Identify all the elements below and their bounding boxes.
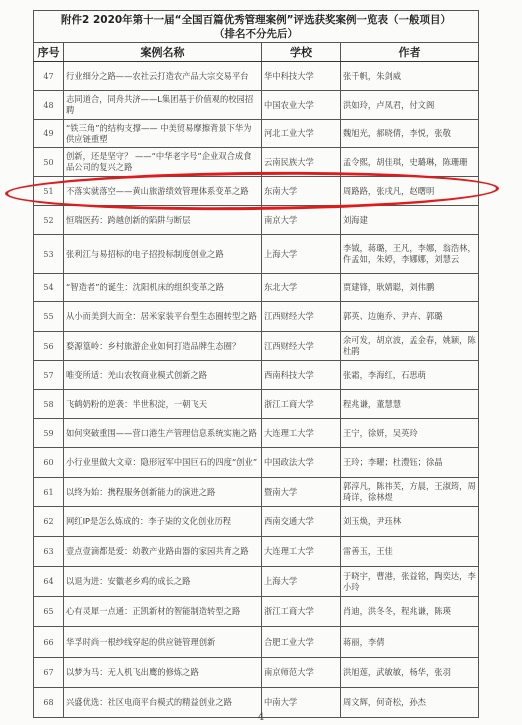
table-title-line1: 附件2 2020年第十一届“全国百篇优秀管理案例”评选获奖案例一览表（一般项目） (61, 14, 451, 26)
table-title: 附件2 2020年第十一届“全国百篇优秀管理案例”评选获奖案例一览表（一般项目）… (34, 11, 479, 43)
cell-school: 浙江工商大学 (262, 597, 341, 627)
cell-seq: 60 (34, 448, 64, 478)
cell-author: 洪旭莲，武敏敏，杨华，张羽 (341, 658, 479, 688)
cell-author: 李钺，蒋璐，王凡，李娜，翁浩林，仵孟如，朱婷，李娜娜，刘慧云 (341, 235, 479, 274)
cell-case-name: 以梦为马：无人机飞出鹰的修炼之路 (64, 658, 262, 688)
cell-case-name: 小行业里做大文章：隐形冠军中国巨石的四度“创业” (64, 448, 262, 478)
cell-seq: 56 (34, 332, 64, 361)
table-row: 51不落实就落空——黄山旅游绩效管理体系变革之路东南大学周路路，张戌凡，赵曙明 (34, 177, 479, 206)
table-row: 65心有灵犀一点通：正凯新材的智能制造转型之路浙江工商大学肖迪，洪冬冬，程兆谦，… (34, 597, 479, 627)
cell-school: 东北大学 (262, 274, 341, 302)
cell-author: 张霜，李海红，石思萌 (341, 361, 479, 390)
table-row: 49“铁三角”的结构支撑—— 中美贸易摩擦背景下华为供应链重塑河北工业大学魏旭光… (34, 120, 479, 148)
cell-seq: 62 (34, 507, 64, 537)
table-row: 58飞鹤奶粉的逆袭：半世积淀，一朝飞天浙江工商大学程兆谦，董慧慧 (34, 390, 479, 419)
cell-school: 江西财经大学 (262, 302, 341, 332)
cell-author: 贾建锋，耿婧聪，刘伟鹏 (341, 274, 479, 302)
cell-author: 刘玉焕，尹珏林 (341, 507, 479, 537)
cell-case-name: 志同道合，同舟共济——L集团基于价值观的校园招聘 (64, 91, 262, 120)
cell-seq: 51 (34, 177, 64, 206)
cell-seq: 64 (34, 567, 64, 597)
cell-case-name: 不落实就落空——黄山旅游绩效管理体系变革之路 (64, 177, 262, 206)
cell-author: 余可发，胡京波，孟金春，姚颖，陈杜鹃 (341, 332, 479, 361)
cell-author: 周路路，张戌凡，赵曙明 (341, 177, 479, 206)
cell-seq: 58 (34, 390, 64, 419)
cell-author: 孟令熙，胡佳琪，史璐琳，陈珊珊 (341, 148, 479, 177)
table-row: 50创新，还是坚守？ ——“中华老字号”企业双合成食品公司的复兴之路云南民族大学… (34, 148, 479, 177)
cell-school: 南京师范大学 (262, 658, 341, 688)
cell-seq: 65 (34, 597, 64, 627)
cell-school: 西南科技大学 (262, 361, 341, 390)
cell-school: 暨南大学 (262, 478, 341, 507)
document-page: 附件2 2020年第十一届“全国百篇优秀管理案例”评选获奖案例一览表（一般项目）… (0, 0, 522, 725)
table-row: 64以退为进：安徽老乡鸡的成长之路上海大学于晓宇，曹港，张益铭，陶奕达，李小玲 (34, 567, 479, 597)
cell-school: 江西财经大学 (262, 332, 341, 361)
cell-school: 河北工业大学 (262, 120, 341, 148)
cell-school: 中国政法大学 (262, 448, 341, 478)
table-row: 61以终为始：携程服务创新能力的演进之路暨南大学郭淳凡，陈祎芙，方晨，王淑筠，周… (34, 478, 479, 507)
table-row: 52恒瑞医药：跨越创新的陷阱与断层南京大学刘海建 (34, 206, 479, 235)
cell-school: 合肥工业大学 (262, 627, 341, 658)
cell-seq: 63 (34, 537, 64, 567)
cell-case-name: 张利江与易招标的电子招投标制度创业之路 (64, 235, 262, 274)
header-case-name: 案例名称 (64, 43, 262, 62)
table-row: 48志同道合，同舟共济——L集团基于价值观的校园招聘中国农业大学洪如玲，卢凤君，… (34, 91, 479, 120)
cell-case-name: 创新，还是坚守？ ——“中华老字号”企业双合成食品公司的复兴之路 (64, 148, 262, 177)
header-school: 学校 (262, 43, 341, 62)
cell-case-name: 以终为始：携程服务创新能力的演进之路 (64, 478, 262, 507)
table-row: 54“智造者”的诞生：沈阳机床的组织变革之路东北大学贾建锋，耿婧聪，刘伟鹏 (34, 274, 479, 302)
cell-seq: 66 (34, 627, 64, 658)
cell-seq: 54 (34, 274, 64, 302)
cell-author: 于晓宇，曹港，张益铭，陶奕达，李小玲 (341, 567, 479, 597)
cell-author: 洪如玲，卢凤君，付文阁 (341, 91, 479, 120)
cell-case-name: 婺源篁岭：乡村旅游企业如何打造品牌生态圈？ (64, 332, 262, 361)
table-body: 47行业细分之路——农社云打造农产品大宗交易平台华中科技大学张千帆，朱剑威48志… (34, 62, 479, 718)
table-row: 56婺源篁岭：乡村旅游企业如何打造品牌生态圈？江西财经大学余可发，胡京波，孟金春… (34, 332, 479, 361)
cell-seq: 55 (34, 302, 64, 332)
cell-school: 上海大学 (262, 235, 341, 274)
cell-author: 郭淳凡，陈祎芙，方晨，王淑筠，周琦详，徐林煜 (341, 478, 479, 507)
page-number: 4 (0, 712, 522, 723)
table-row: 66华孚时尚一根纱线穿起的供应链管理创新合肥工业大学蒋丽，李倩 (34, 627, 479, 658)
cell-seq: 47 (34, 62, 64, 91)
cell-case-name: 如何突破重围——营口港生产管理信息系统实施之路 (64, 419, 262, 448)
cell-author: 魏旭光，郝晓倩，李悦，张敬 (341, 120, 479, 148)
cell-author: 雷善玉，王佳 (341, 537, 479, 567)
cell-seq: 61 (34, 478, 64, 507)
cell-author: 刘海建 (341, 206, 479, 235)
cell-case-name: 从小而美到大而全：居米家装平台型生态圈转型之路 (64, 302, 262, 332)
cell-case-name: 华孚时尚一根纱线穿起的供应链管理创新 (64, 627, 262, 658)
cell-school: 云南民族大学 (262, 148, 341, 177)
cell-school: 大连理工大学 (262, 537, 341, 567)
cell-author: 程兆谦，董慧慧 (341, 390, 479, 419)
cell-school: 浙江工商大学 (262, 390, 341, 419)
cell-seq: 50 (34, 148, 64, 177)
table-row: 47行业细分之路——农社云打造农产品大宗交易平台华中科技大学张千帆，朱剑威 (34, 62, 479, 91)
table-row: 59如何突破重围——营口港生产管理信息系统实施之路大连理工大学王宁，徐妍，吴英玲 (34, 419, 479, 448)
cell-seq: 59 (34, 419, 64, 448)
title-row: 附件2 2020年第十一届“全国百篇优秀管理案例”评选获奖案例一览表（一般项目）… (34, 11, 479, 43)
table-row: 57唯变所适：羌山农牧商业模式创新之路西南科技大学张霜，李海红，石思萌 (34, 361, 479, 390)
cell-school: 东南大学 (262, 177, 341, 206)
table-row: 55从小而美到大而全：居米家装平台型生态圈转型之路江西财经大学郭英、边施乔、尹卉… (34, 302, 479, 332)
table-title-line2: （排名不分先后） (34, 27, 478, 41)
cell-case-name: “智造者”的诞生：沈阳机床的组织变革之路 (64, 274, 262, 302)
table-row: 63壹点壹滴都是爱：幼教产业路由器的家园共育之路大连理工大学雷善玉，王佳 (34, 537, 479, 567)
header-seq: 序号 (34, 43, 64, 62)
cell-case-name: 以退为进：安徽老乡鸡的成长之路 (64, 567, 262, 597)
cell-case-name: 行业细分之路——农社云打造农产品大宗交易平台 (64, 62, 262, 91)
cell-author: 肖迪，洪冬冬，程兆谦，陈瑛 (341, 597, 479, 627)
header-row: 序号 案例名称 学校 作者 (34, 43, 479, 62)
table-row: 53张利江与易招标的电子招投标制度创业之路上海大学李钺，蒋璐，王凡，李娜，翁浩林… (34, 235, 479, 274)
cell-case-name: 飞鹤奶粉的逆袭：半世积淀，一朝飞天 (64, 390, 262, 419)
cell-author: 张千帆，朱剑威 (341, 62, 479, 91)
cell-school: 南京大学 (262, 206, 341, 235)
table-row: 67以梦为马：无人机飞出鹰的修炼之路南京师范大学洪旭莲，武敏敏，杨华，张羽 (34, 658, 479, 688)
cell-seq: 52 (34, 206, 64, 235)
cell-author: 蒋丽，李倩 (341, 627, 479, 658)
cell-case-name: “铁三角”的结构支撑—— 中美贸易摩擦背景下华为供应链重塑 (64, 120, 262, 148)
cell-author: 王宁，徐妍，吴英玲 (341, 419, 479, 448)
cell-school: 中国农业大学 (262, 91, 341, 120)
cell-seq: 48 (34, 91, 64, 120)
cell-school: 西南交通大学 (262, 507, 341, 537)
cell-seq: 53 (34, 235, 64, 274)
cell-case-name: 壹点壹滴都是爱：幼教产业路由器的家园共育之路 (64, 537, 262, 567)
cell-author: 郭英、边施乔、尹卉、郭璐 (341, 302, 479, 332)
cell-school: 华中科技大学 (262, 62, 341, 91)
cell-case-name: 网红IP是怎么炼成的：李子柒的文化创业历程 (64, 507, 262, 537)
cell-case-name: 恒瑞医药：跨越创新的陷阱与断层 (64, 206, 262, 235)
header-author: 作者 (341, 43, 479, 62)
cell-case-name: 唯变所适：羌山农牧商业模式创新之路 (64, 361, 262, 390)
table-row: 60小行业里做大文章：隐形冠军中国巨石的四度“创业”中国政法大学王玲；李曜；杜澧… (34, 448, 479, 478)
table-row: 62网红IP是怎么炼成的：李子柒的文化创业历程西南交通大学刘玉焕，尹珏林 (34, 507, 479, 537)
cell-seq: 57 (34, 361, 64, 390)
cell-school: 大连理工大学 (262, 419, 341, 448)
award-list-table: 附件2 2020年第十一届“全国百篇优秀管理案例”评选获奖案例一览表（一般项目）… (33, 10, 479, 718)
cell-author: 王玲；李曜；杜澧钰；徐晶 (341, 448, 479, 478)
cell-case-name: 心有灵犀一点通：正凯新材的智能制造转型之路 (64, 597, 262, 627)
cell-seq: 67 (34, 658, 64, 688)
cell-seq: 49 (34, 120, 64, 148)
cell-school: 上海大学 (262, 567, 341, 597)
